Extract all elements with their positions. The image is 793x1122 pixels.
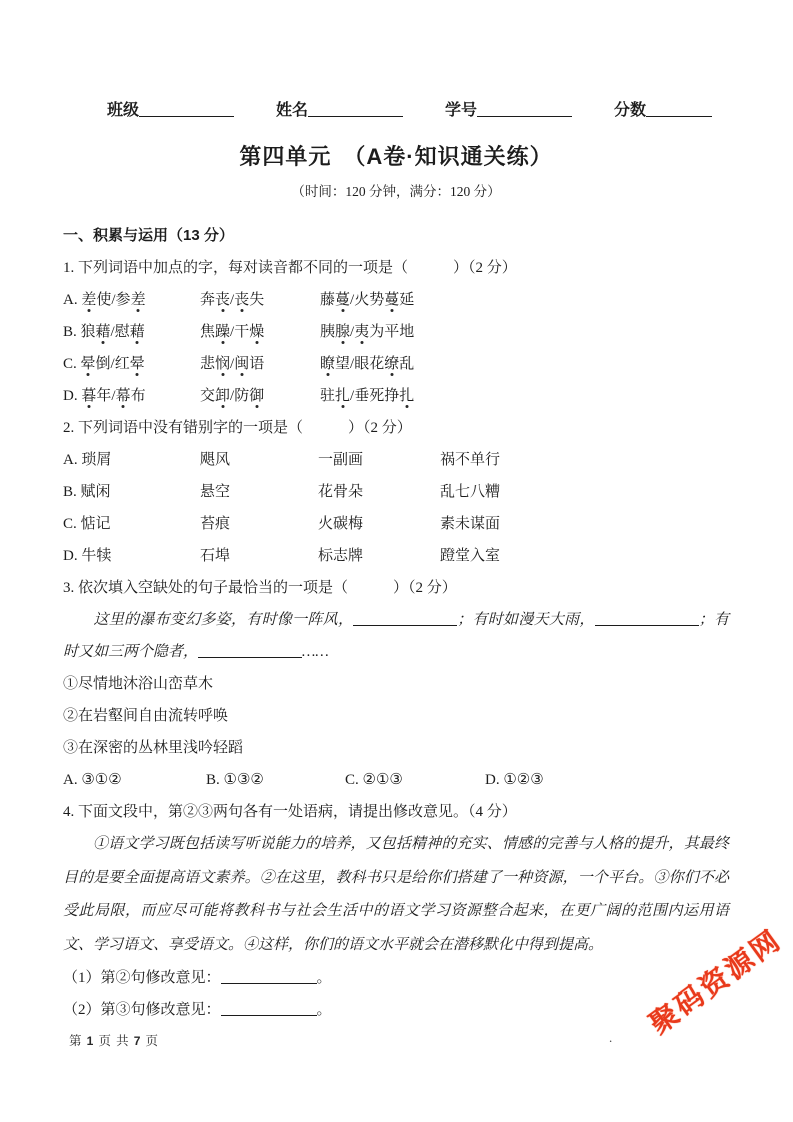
score-blank [646, 101, 712, 117]
q2-c-word2: 苔痕 [200, 508, 318, 540]
q2-b-word4: 乱七八糟 [440, 476, 729, 508]
q1-a-word3: 藤蔓/火势蔓延 [320, 284, 729, 316]
name-field: 姓名 [276, 96, 403, 126]
q4-answer-1: （1）第②句修改意见：。 [63, 962, 729, 994]
q2-row-a: A. 琐屑 飓风 一副画 祸不单行 [63, 444, 729, 476]
exam-page: 班级 姓名 学号 分数 第四单元 （A卷·知识通关练） （时间：120 分钟，满… [0, 0, 793, 1122]
q2-a-word3: 一副画 [318, 444, 440, 476]
q2-c-word3: 火碳梅 [318, 508, 440, 540]
name-label: 姓名 [276, 102, 308, 119]
paper-subtitle: （时间：120 分钟，满分：120 分） [63, 182, 729, 202]
paper-title: 第四单元 （A卷·知识通关练） [63, 142, 729, 172]
page-content: 班级 姓名 学号 分数 第四单元 （A卷·知识通关练） （时间：120 分钟，满… [0, 0, 793, 1026]
q3-option-c: C. ②①③ [345, 764, 485, 796]
q3-option-b: B. ①③② [206, 764, 345, 796]
q1-d-word1: 暮年/幕布 [81, 388, 145, 404]
student-id-field: 学号 [445, 96, 572, 126]
q3-passage: 这里的瀑布变幻多姿，有时像一阵风，；有时如漫天大雨，；有时又如三两个隐者，…… [63, 604, 729, 668]
q2-a-word4: 祸不单行 [440, 444, 729, 476]
q4-answer-2: （2）第③句修改意见：。 [63, 994, 729, 1026]
q2-c-label: C. [63, 516, 77, 532]
q2-c-word1: 惦记 [81, 516, 111, 532]
q2-a-label: A. [63, 452, 78, 468]
student-id-blank [477, 101, 572, 117]
q2-d-word1: 牛犊 [81, 548, 111, 564]
q2-row-b: B. 赋闲 悬空 花骨朵 乱七八糟 [63, 476, 729, 508]
header-fill-in-row: 班级 姓名 学号 分数 [63, 96, 729, 126]
q1-a-word1: 差使/参差 [81, 292, 145, 308]
q2-b-word3: 花骨朵 [318, 476, 440, 508]
q2-row-c: C. 惦记 苔痕 火碳梅 素未谋面 [63, 508, 729, 540]
q1-a-word2: 奔丧/丧失 [200, 284, 320, 316]
class-label: 班级 [107, 102, 139, 119]
q1-b-word1: 狼藉/慰藉 [81, 324, 145, 340]
q1-row-b: B. 狼藉/慰藉 焦躁/干燥 胰腺/夷为平地 [63, 316, 729, 348]
q2-row-d: D. 牛犊 石埠 标志牌 蹬堂入室 [63, 540, 729, 572]
name-blank [308, 101, 403, 117]
q1-d-word2: 交卸/防御 [200, 380, 320, 412]
q4-stem: 4. 下面文段中，第②③两句各有一处语病，请提出修改意见。（4 分） [63, 796, 729, 828]
q2-a-word2: 飓风 [200, 444, 318, 476]
q2-stem: 2. 下列词语中没有错别字的一项是（ ）（2 分） [63, 412, 729, 444]
score-field: 分数 [614, 96, 712, 126]
q2-b-word1: 赋闲 [81, 484, 111, 500]
score-label: 分数 [614, 102, 646, 119]
total-page-number: 7 [134, 1034, 142, 1048]
q2-a-word1: 琐屑 [81, 452, 111, 468]
q2-b-word2: 悬空 [200, 476, 318, 508]
q3-item-3: ③在深密的丛林里浅吟轻蹈 [63, 732, 729, 764]
current-page-number: 1 [87, 1034, 95, 1048]
q2-d-word4: 蹬堂入室 [440, 540, 729, 572]
q3-item-1: ①尽情地沐浴山峦草木 [63, 668, 729, 700]
q1-stem: 1. 下列词语中加点的字，每对读音都不同的一项是（ ）（2 分） [63, 252, 729, 284]
class-blank [139, 101, 234, 117]
q2-d-word2: 石埠 [200, 540, 318, 572]
q1-b-word2: 焦躁/干燥 [200, 316, 320, 348]
q1-c-word1: 晕倒/红晕 [81, 356, 145, 372]
q1-row-d: D. 暮年/幕布 交卸/防御 驻扎/垂死挣扎 [63, 380, 729, 412]
q1-row-a: A. 差使/参差 奔丧/丧失 藤蔓/火势蔓延 [63, 284, 729, 316]
q1-c-word2: 悲悯/闽语 [200, 348, 320, 380]
q2-d-word3: 标志牌 [318, 540, 440, 572]
q3-options-row: A. ③①② B. ①③② C. ②①③ D. ①②③ [63, 764, 729, 796]
q3-stem: 3. 依次填入空缺处的句子最恰当的一项是（ ）（2 分） [63, 572, 729, 604]
q2-b-label: B. [63, 484, 77, 500]
q1-d-label: D. [63, 388, 78, 404]
section-1-heading: 一、积累与运用（13 分） [63, 220, 729, 252]
q3-item-2: ②在岩壑间自由流转呼唤 [63, 700, 729, 732]
stray-dot: . [609, 1030, 612, 1046]
q3-option-a: A. ③①② [63, 764, 206, 796]
page-number-footer: 第 1 页 共 7 页 [69, 1031, 159, 1049]
q1-b-label: B. [63, 324, 77, 340]
q1-c-label: C. [63, 356, 77, 372]
q2-d-label: D. [63, 548, 78, 564]
q1-c-word3: 瞭望/眼花缭乱 [320, 348, 729, 380]
q1-row-c: C. 晕倒/红晕 悲悯/闽语 瞭望/眼花缭乱 [63, 348, 729, 380]
q4-paragraph: ①语文学习既包括读写听说能力的培养，又包括精神的充实、情感的完善与人格的提升，其… [63, 828, 729, 962]
q2-c-word4: 素未谋面 [440, 508, 729, 540]
q1-b-word3: 胰腺/夷为平地 [320, 316, 729, 348]
class-field: 班级 [107, 96, 234, 126]
q1-a-label: A. [63, 292, 78, 308]
q1-d-word3: 驻扎/垂死挣扎 [320, 380, 729, 412]
student-id-label: 学号 [445, 102, 477, 119]
q3-option-d: D. ①②③ [485, 764, 729, 796]
